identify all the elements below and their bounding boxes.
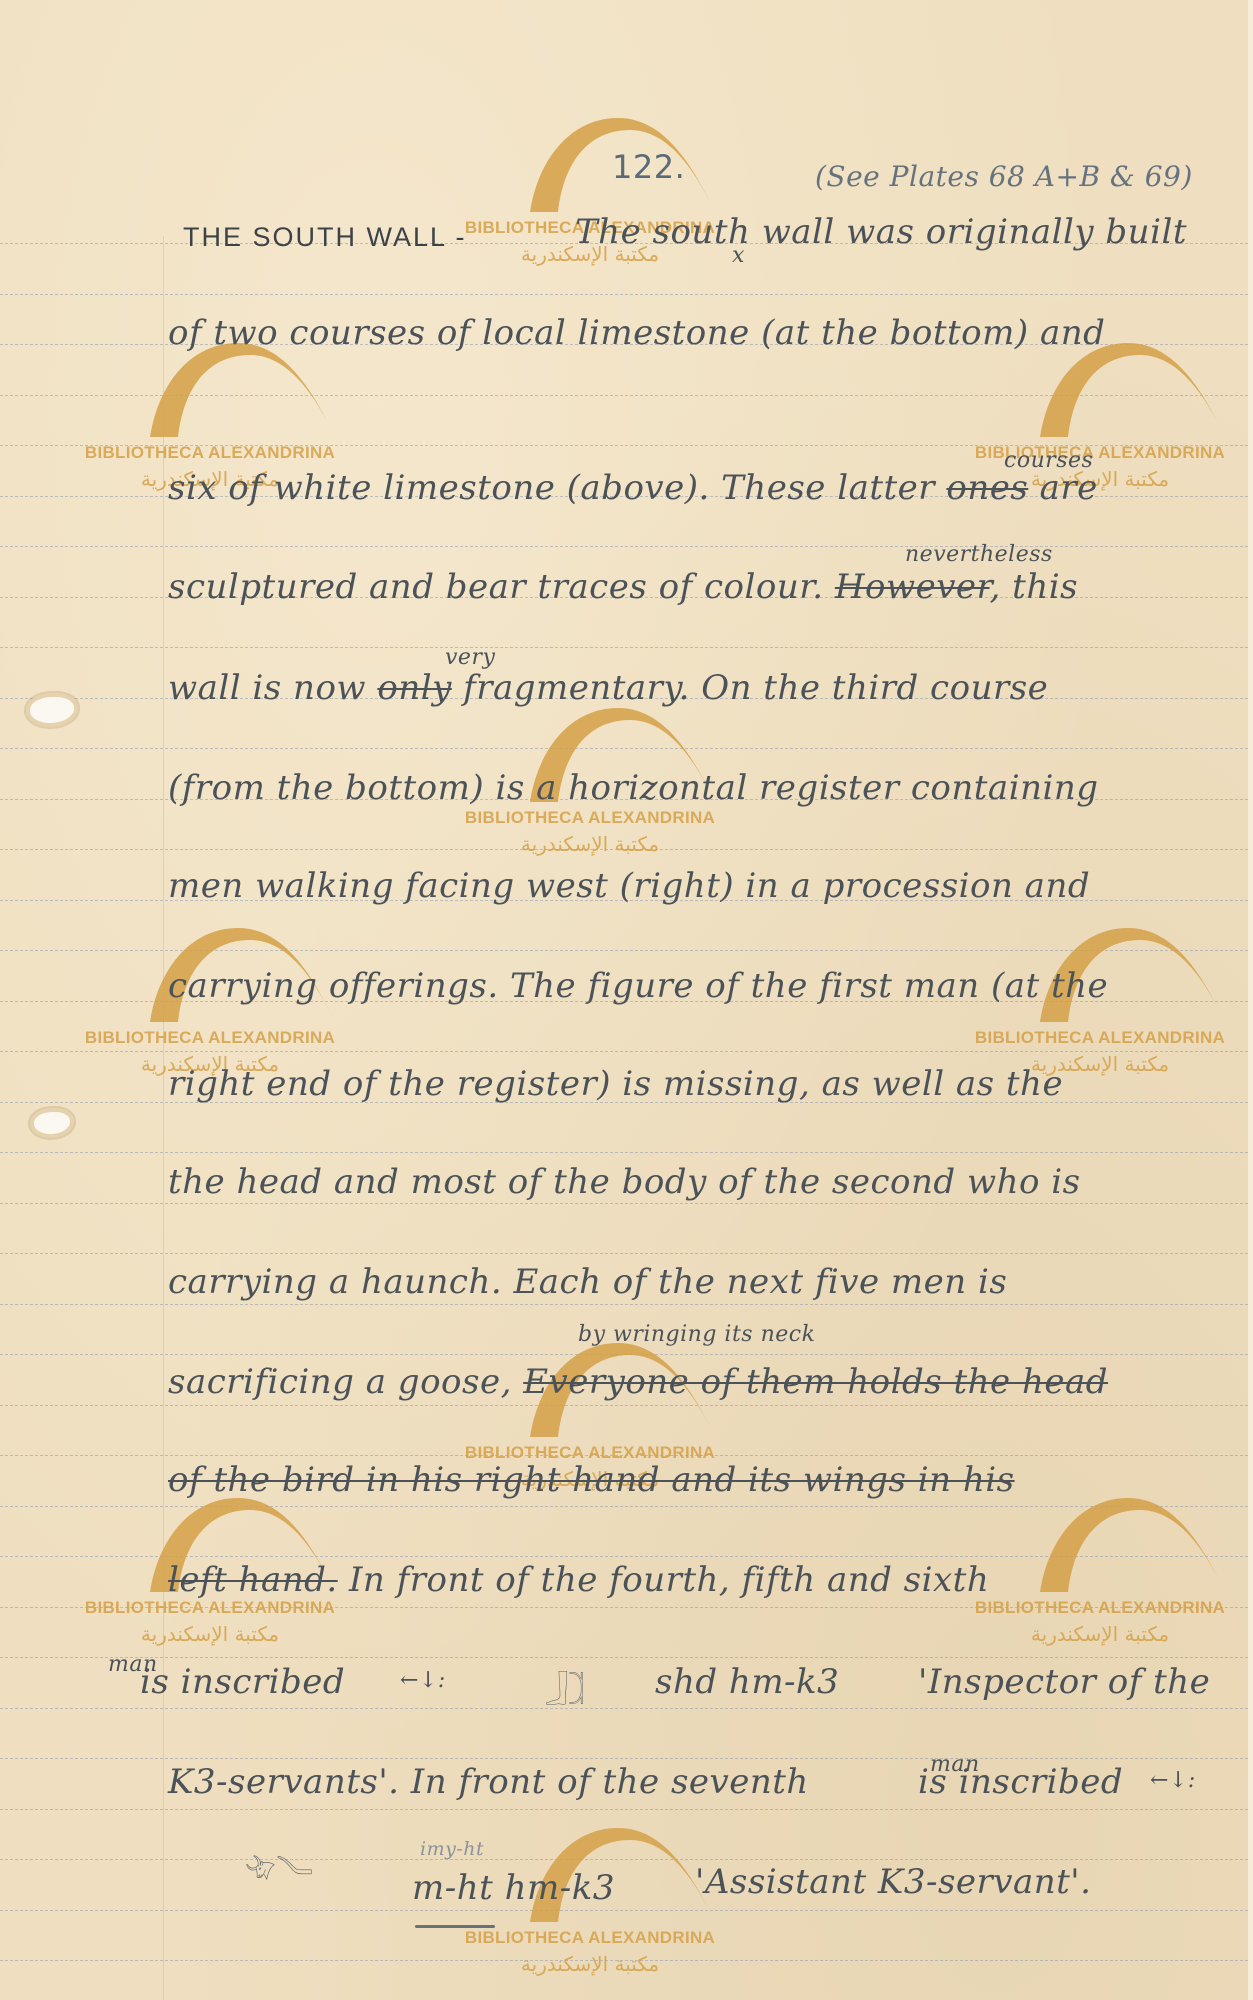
text-line: left hand. In front of the fourth, fifth… xyxy=(168,1560,989,1600)
insertion-above: very xyxy=(445,645,495,670)
hieroglyph-group: 𓃀𓍺 xyxy=(545,1664,584,1706)
ruled-line xyxy=(0,1455,1248,1456)
arrow-direction-icon: ←↓: xyxy=(1150,1768,1196,1793)
insertion-mark: x xyxy=(732,243,745,268)
pencil-note: imy-ht xyxy=(420,1838,484,1860)
ruled-line xyxy=(0,1304,1248,1305)
ruled-line xyxy=(0,748,1248,749)
page-number: 122. xyxy=(612,148,685,186)
text-line: is inscribed xyxy=(140,1662,345,1702)
arrow-direction-icon: ←↓: xyxy=(400,1668,446,1693)
plate-reference: (See Plates 68 A+B & 69) xyxy=(815,160,1193,193)
translation: 'Inspector of the xyxy=(918,1662,1210,1702)
ruled-line xyxy=(0,1152,1248,1153)
text-line: six of white limestone (above). These la… xyxy=(168,468,1098,508)
ruled-line xyxy=(0,546,1248,547)
ruled-line xyxy=(0,395,1248,396)
hieroglyph-group: 𓄀𓄏 xyxy=(245,1840,313,1890)
ruled-line xyxy=(0,1859,1248,1860)
ruled-line xyxy=(0,1051,1248,1052)
ruled-line xyxy=(0,1405,1248,1406)
text-line: The south wall was originally built xyxy=(575,212,1187,252)
text-line: sacrificing a goose, Everyone of them ho… xyxy=(168,1362,1108,1402)
text-line: right end of the register) is missing, a… xyxy=(168,1064,1063,1104)
transliteration: m-ht hm-k3 xyxy=(412,1868,615,1908)
text-line: is inscribed xyxy=(918,1762,1123,1802)
underline xyxy=(415,1925,495,1928)
ruled-line xyxy=(0,1960,1248,1961)
insertion-above: by wringing its neck xyxy=(578,1322,815,1347)
ruled-line xyxy=(0,647,1248,648)
text-line: wall is now only fragmentary. On the thi… xyxy=(168,668,1048,708)
text-line: the head and most of the body of the sec… xyxy=(168,1162,1081,1202)
text-line: men walking facing west (right) in a pro… xyxy=(168,866,1090,906)
ruled-line xyxy=(0,445,1248,446)
transliteration: shd hm-k3 xyxy=(655,1662,839,1702)
section-heading: THE SOUTH WALL - xyxy=(183,222,467,253)
page-edge xyxy=(1248,0,1253,2000)
ruled-line xyxy=(0,1657,1248,1658)
ruled-line xyxy=(0,950,1248,951)
ruled-line xyxy=(0,1253,1248,1254)
text-line: K3-servants'. In front of the seventh xyxy=(168,1762,809,1802)
text-line: of the bird in his right hand and its wi… xyxy=(168,1460,1015,1500)
text-line: of two courses of local limestone (at th… xyxy=(168,313,1105,353)
insertion-above: nevertheless xyxy=(905,542,1053,567)
ruled-line xyxy=(0,294,1248,295)
text-line: sculptured and bear traces of colour. Ho… xyxy=(168,567,1078,607)
ruled-line xyxy=(0,849,1248,850)
ruled-line xyxy=(0,1556,1248,1557)
ruled-line xyxy=(0,1506,1248,1507)
ruled-line xyxy=(0,1607,1248,1608)
ruled-line xyxy=(0,1354,1248,1355)
text-line: carrying a haunch. Each of the next five… xyxy=(168,1262,1007,1302)
ruled-line xyxy=(0,1809,1248,1810)
margin-line xyxy=(163,236,164,2000)
text-line: carrying offerings. The figure of the fi… xyxy=(168,966,1108,1006)
ruled-line xyxy=(0,1910,1248,1911)
ruled-line xyxy=(0,1708,1248,1709)
text-line: (from the bottom) is a horizontal regist… xyxy=(168,768,1099,808)
translation: 'Assistant K3-servant'. xyxy=(695,1862,1091,1902)
ruled-line xyxy=(0,1203,1248,1204)
ruled-line xyxy=(0,1758,1248,1759)
